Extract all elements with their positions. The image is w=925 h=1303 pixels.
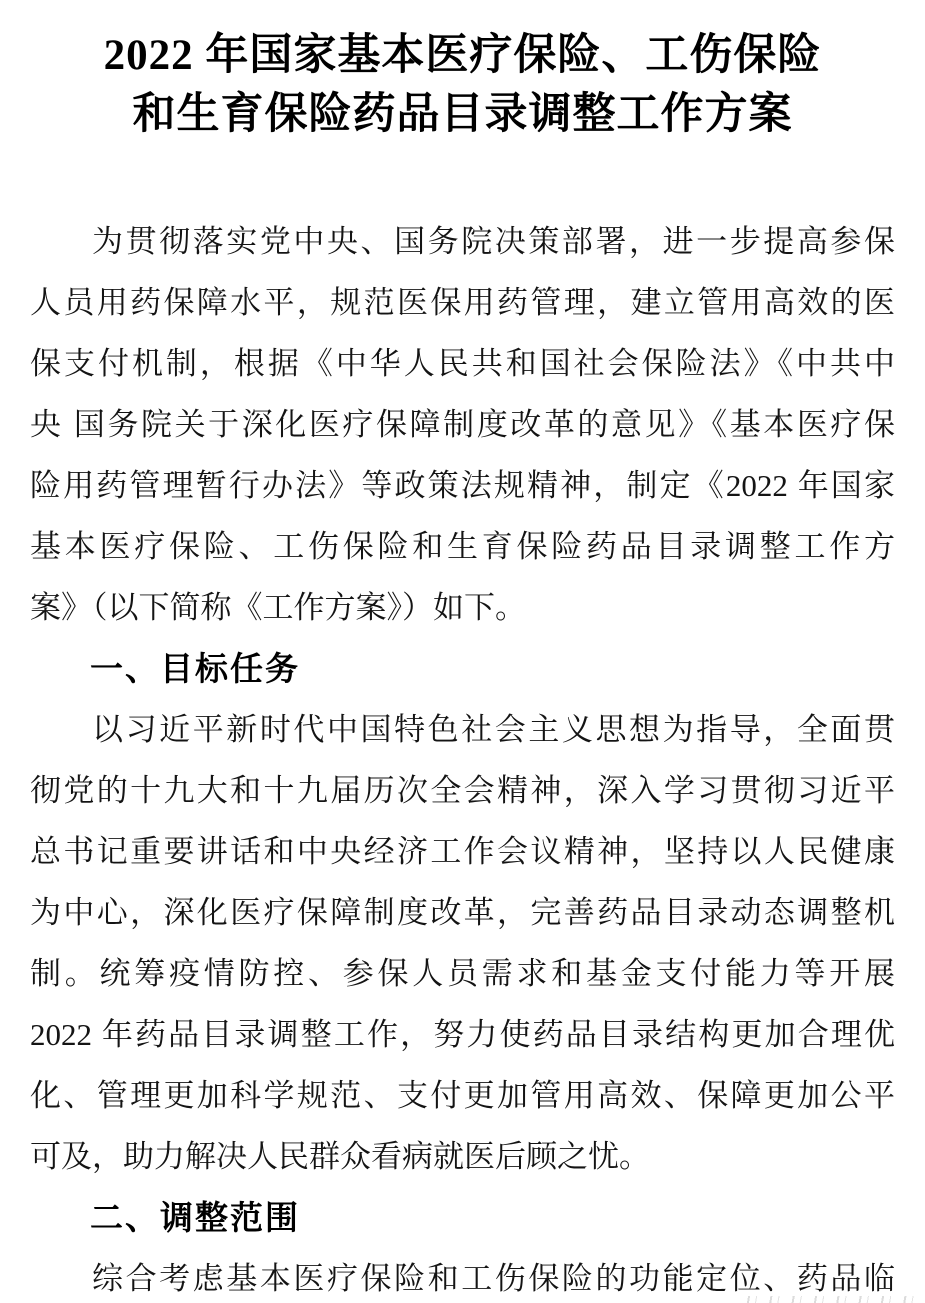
document-line: 制。统筹疫情防控、参保人员需求和基金支付能力等开展 (30, 943, 895, 1004)
document-line: 为贯彻落实党中央、国务院决策部署，进一步提高参保 (30, 211, 895, 272)
document-line: 为中心，深化医疗保障制度改革，完善药品目录动态调整机 (30, 882, 895, 943)
document-line: 总书记重要讲话和中央经济工作会议精神，坚持以人民健康 (30, 821, 895, 882)
section-heading: 二、调整范围 (30, 1187, 895, 1248)
document-line: 化、管理更加科学规范、支付更加管用高效、保障更加公平 (30, 1065, 895, 1126)
page-bottom-cutoff-fragment (742, 1296, 924, 1303)
document-line: 2022 年药品目录调整工作，努力使药品目录结构更加合理优 (30, 1004, 895, 1065)
document-line: 人员用药保障水平，规范医保用药管理，建立管用高效的医 (30, 272, 895, 333)
document-line: 案》（以下简称《工作方案》）如下。 (30, 577, 895, 638)
document-line: 基本医疗保险、工伤保险和生育保险药品目录调整工作方 (30, 516, 895, 577)
document-title: 2022 年国家基本医疗保险、工伤保险 和生育保险药品目录调整工作方案 (30, 26, 895, 144)
document-line: 综合考虑基本医疗保险和工伤保险的功能定位、药品临 (30, 1248, 895, 1303)
document-line: 央 国务院关于深化医疗保障制度改革的意见》《基本医疗保 (30, 394, 895, 455)
document-title-line-2: 和生育保险药品目录调整工作方案 (30, 85, 895, 144)
document-line: 以习近平新时代中国特色社会主义思想为指导，全面贯 (30, 699, 895, 760)
document-line: 可及，助力解决人民群众看病就医后顾之忧。 (30, 1126, 895, 1187)
document-line: 险用药管理暂行办法》等政策法规精神，制定《2022 年国家 (30, 455, 895, 516)
section-heading: 一、目标任务 (30, 638, 895, 699)
document-title-line-1: 2022 年国家基本医疗保险、工伤保险 (30, 26, 895, 85)
document-page: 2022 年国家基本医疗保险、工伤保险 和生育保险药品目录调整工作方案 为贯彻落… (0, 0, 925, 1303)
document-line: 彻党的十九大和十九届历次全会精神，深入学习贯彻习近平 (30, 760, 895, 821)
document-line: 保支付机制，根据《中华人民共和国社会保险法》《中共中 (30, 333, 895, 394)
document-body: 为贯彻落实党中央、国务院决策部署，进一步提高参保人员用药保障水平，规范医保用药管… (30, 211, 895, 1303)
